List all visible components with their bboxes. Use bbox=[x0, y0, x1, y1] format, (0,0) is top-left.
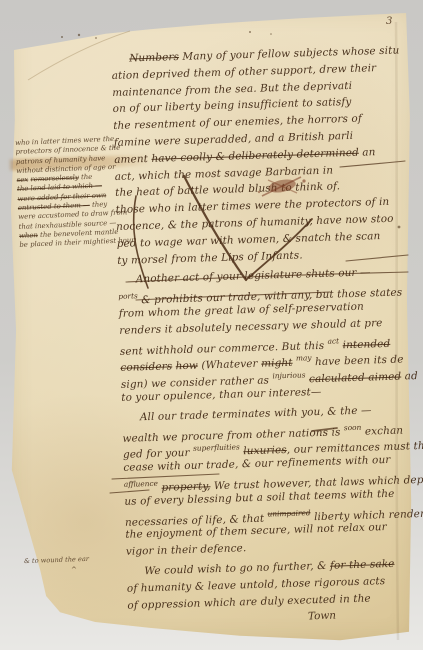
inserted-text: act bbox=[327, 336, 339, 345]
struck-out-text: for the sake bbox=[330, 558, 395, 572]
handwritten-text: ament bbox=[114, 153, 152, 166]
struck-out-text: when bbox=[19, 231, 38, 240]
handwritten-text: an bbox=[359, 146, 376, 158]
struck-out-text: sex bbox=[17, 176, 29, 184]
inserted-text: ports bbox=[118, 291, 138, 301]
handwritten-text: they bbox=[90, 200, 108, 209]
manuscript-photo: 3 who in latter times were theprotectors… bbox=[0, 0, 423, 650]
page-number: 3 bbox=[386, 16, 392, 27]
handwritten-text: the bbox=[79, 173, 93, 182]
main-text: Numbers Many of your fellow subjects who… bbox=[111, 42, 423, 614]
inserted-text: soon bbox=[344, 422, 362, 432]
inserted-text: injurious bbox=[272, 371, 305, 381]
struck-out-text: unimpaired bbox=[267, 508, 310, 518]
handwritten-text: vigor in their defence. bbox=[126, 542, 247, 558]
catchword: Town bbox=[308, 610, 336, 623]
handwritten-text: ty morsel from the Lips of Infants. bbox=[117, 249, 303, 267]
caret-insertion-mark: ^ bbox=[71, 566, 77, 574]
inserted-text: superfluities bbox=[193, 443, 240, 453]
handwritten-text: ad bbox=[401, 370, 418, 382]
handwritten-text: to your opulence, than our interest— bbox=[121, 386, 321, 404]
handwritten-text: We could wish to go no further, & bbox=[144, 560, 330, 578]
struck-out-text: Numbers bbox=[129, 51, 179, 64]
inserted-text: affluence bbox=[124, 479, 158, 489]
inserted-text: may bbox=[296, 354, 312, 363]
struck-out-text: remorselessly bbox=[30, 174, 79, 184]
